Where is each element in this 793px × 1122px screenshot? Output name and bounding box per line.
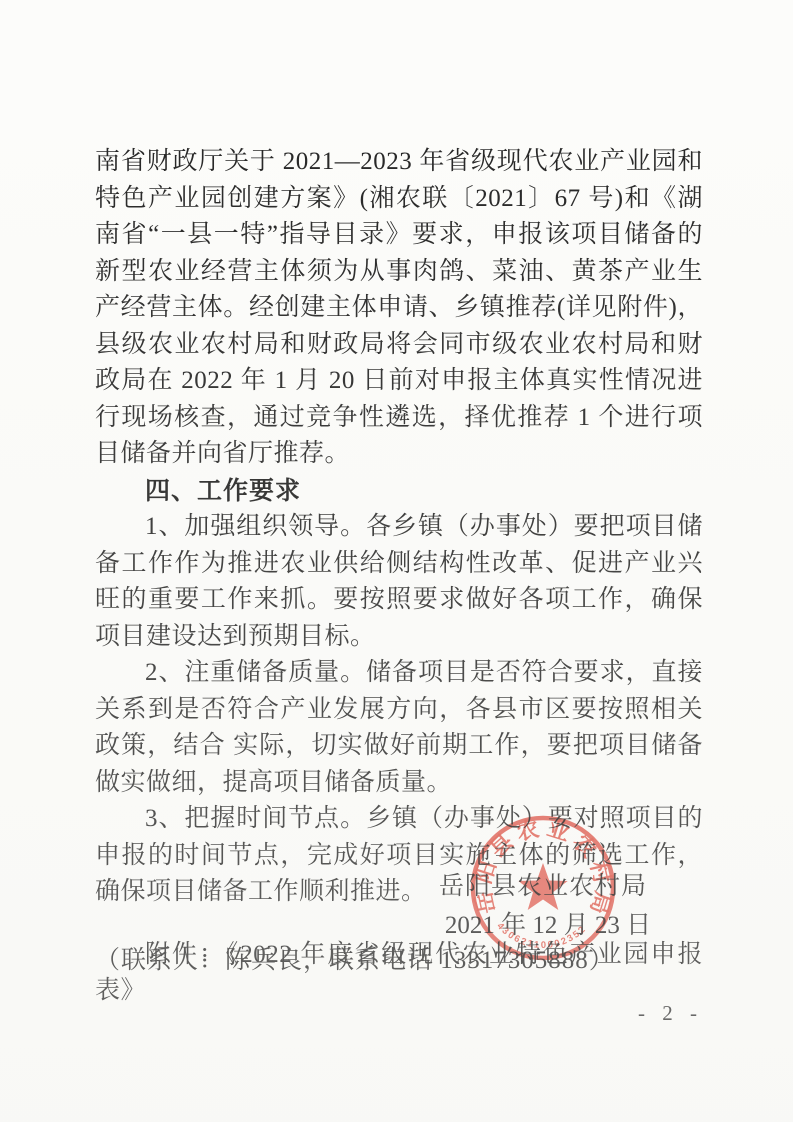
- document-page: 南省财政厅关于 2021—2023 年省级现代农业产业园和特色产业园创建方案》(…: [0, 0, 793, 1122]
- seal-star-icon: [518, 863, 567, 910]
- official-seal: 岳阳县农业农村局 43062110002352: [461, 812, 625, 964]
- work-item-2: 2、注重储备质量。储备项目是否符合要求，直接关系到是否符合产业发展方向，各县市区…: [95, 655, 703, 801]
- page-number: - 2 -: [638, 1001, 703, 1026]
- intro-paragraph: 南省财政厅关于 2021—2023 年省级现代农业产业园和特色产业园创建方案》(…: [95, 144, 703, 473]
- section-heading: 四、工作要求: [95, 473, 703, 510]
- work-item-1: 1、加强组织领导。各乡镇（办事处）要把项目储备工作作为推进农业供给侧结构性改革、…: [95, 509, 703, 655]
